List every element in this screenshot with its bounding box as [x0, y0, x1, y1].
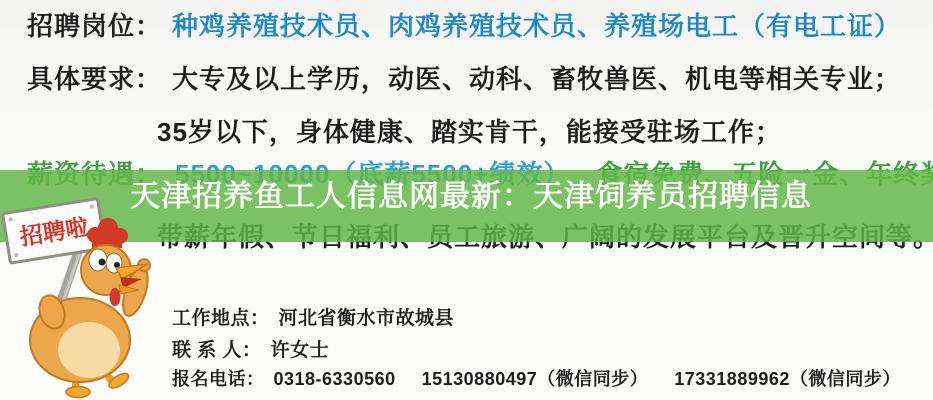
requirements-value-1: 大专及以上学历，动医、动科、畜牧兽医、机电等相关专业； — [172, 66, 901, 93]
contact-line: 联 系 人： 许女士 — [172, 341, 329, 362]
position-label: 招聘岗位： — [27, 13, 162, 40]
rooster-belly — [58, 322, 120, 378]
phone-3-note: （微信同步） — [790, 370, 901, 390]
position-value: 种鸡养殖技术员、肉鸡养殖技术员、养殖场电工（有电工证） — [172, 13, 901, 40]
contact-label: 联 系 人： — [172, 341, 262, 362]
location-label: 工作地点： — [172, 309, 270, 330]
phone-number-1: 0318-6330560 — [274, 370, 396, 390]
phone-number-3: 17331889962 — [674, 370, 790, 390]
phone-2-note: （微信同步） — [537, 370, 648, 390]
location-value: 河北省衡水市故城县 — [279, 309, 455, 330]
requirements-value-2: 35岁以下，身体健康、踏实肯干，能接受驻场工作； — [157, 119, 782, 146]
article-title: 天津招养鱼工人信息网最新：天津饲养员招聘信息 — [130, 182, 812, 212]
requirements-line-2: 35岁以下，身体健康、踏实肯干，能接受驻场工作； — [157, 119, 782, 146]
phone-number-2: 15130880497 — [422, 370, 538, 390]
phone-label: 报名电话： — [172, 370, 265, 390]
rooster-mascot-illustration: 招聘啦 — [0, 192, 170, 400]
position-line: 招聘岗位： 种鸡养殖技术员、肉鸡养殖技术员、养殖场电工（有电工证） — [27, 13, 901, 40]
requirements-label: 具体要求： — [27, 66, 162, 93]
requirements-line: 具体要求： 大专及以上学历，动医、动科、畜牧兽医、机电等相关专业； — [27, 66, 901, 93]
contact-value: 许女士 — [271, 341, 330, 362]
recruitment-poster: 招聘岗位： 种鸡养殖技术员、肉鸡养殖技术员、养殖场电工（有电工证） 具体要求： … — [0, 0, 933, 400]
phone-line: 报名电话： 0318-6330560 15130880497 （微信同步） 17… — [172, 370, 901, 390]
location-line: 工作地点： 河北省衡水市故城县 — [172, 309, 454, 330]
rooster-wattle — [110, 288, 121, 306]
